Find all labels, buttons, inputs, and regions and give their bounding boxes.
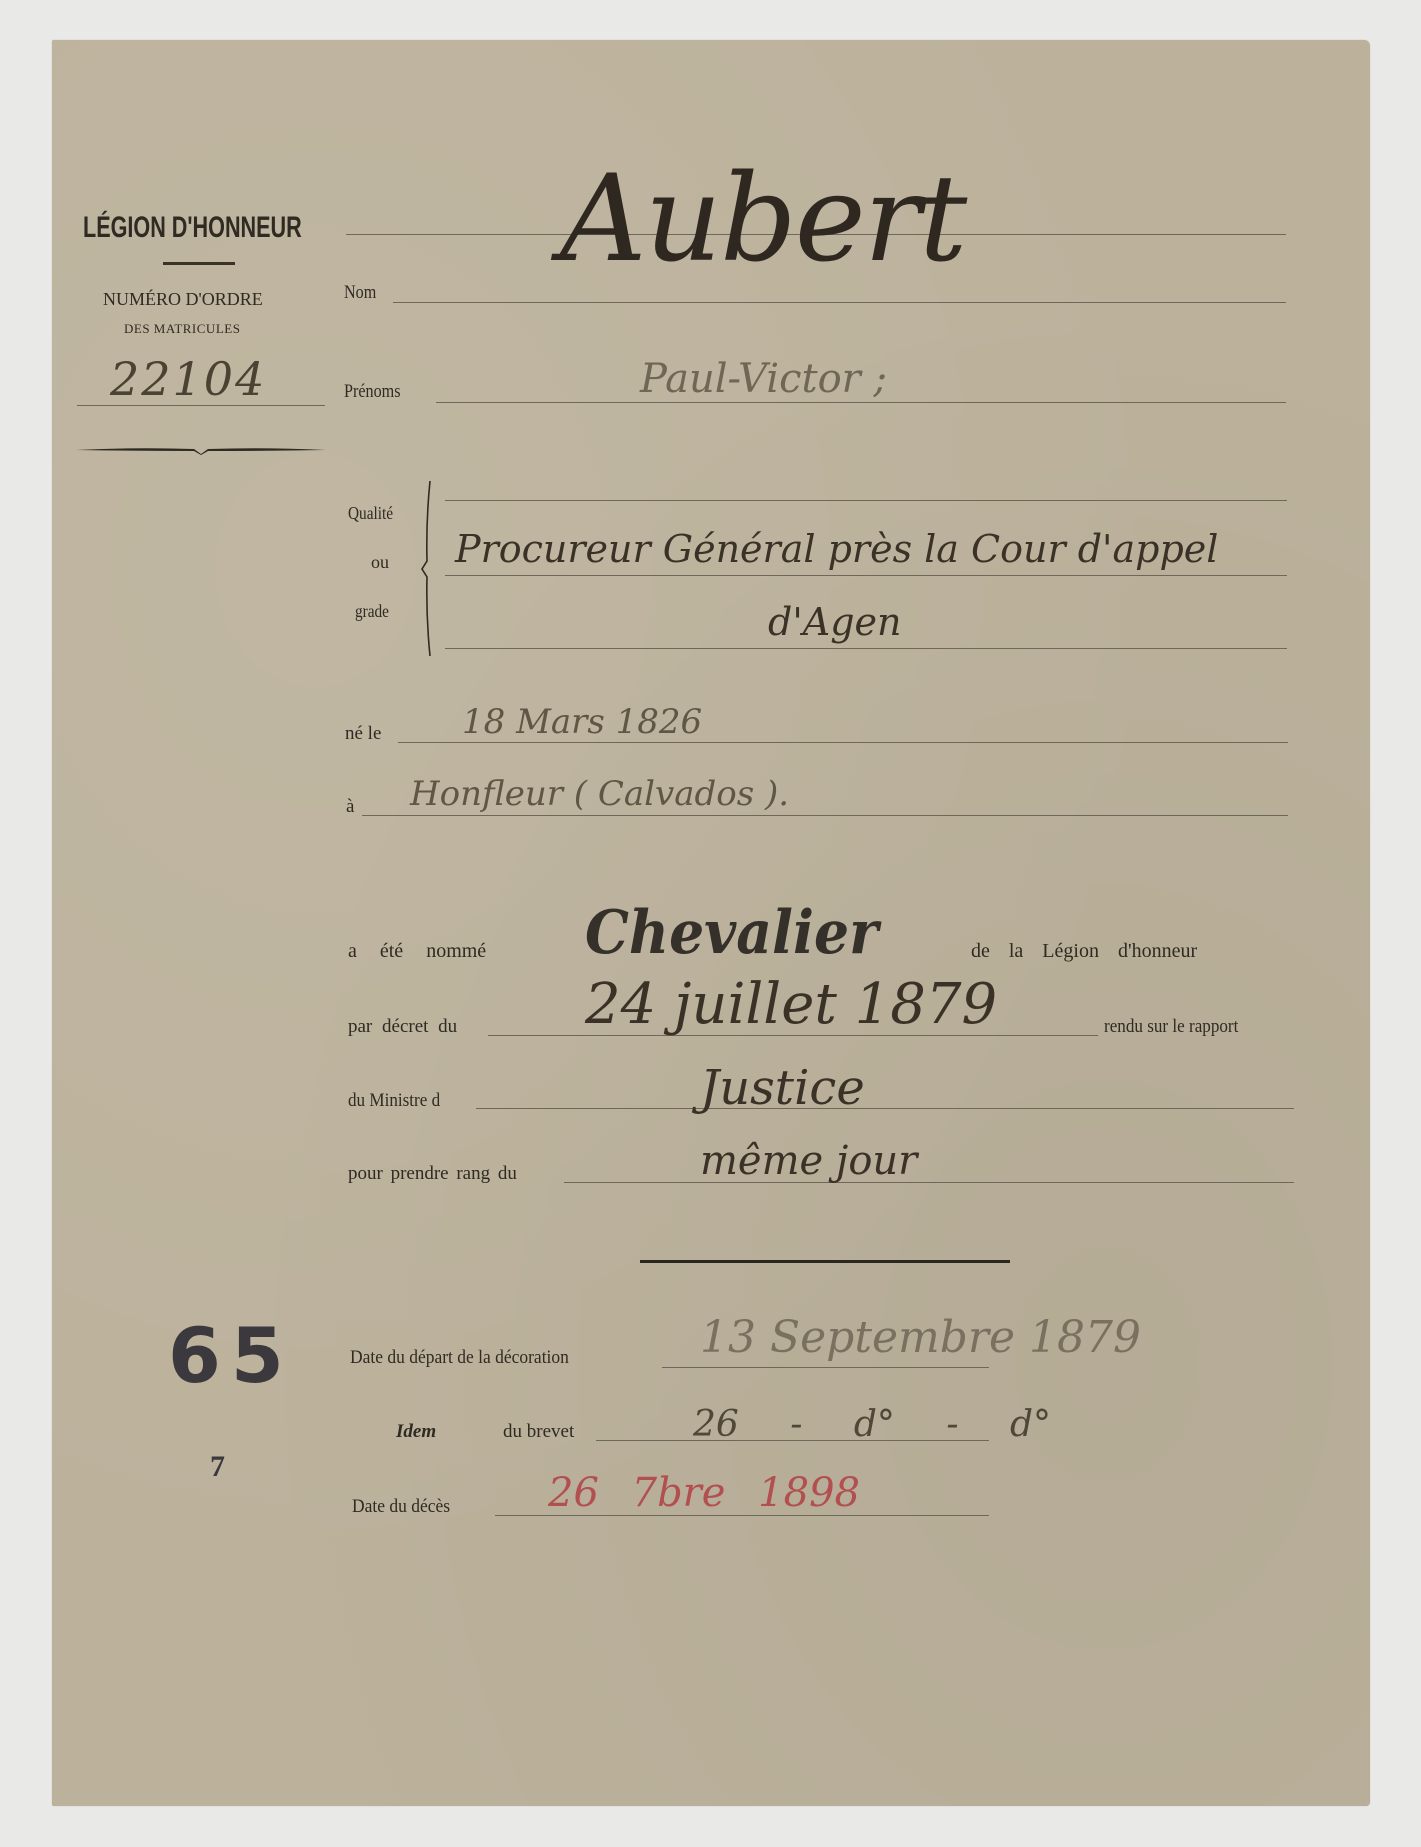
rang-line bbox=[564, 1182, 1294, 1183]
lieu-line bbox=[362, 815, 1288, 816]
depart-label: Date du départ de la décoration bbox=[350, 1347, 569, 1369]
depart-value: 13 Septembre 1879 bbox=[700, 1312, 1141, 1363]
rang-value: même jour bbox=[700, 1138, 917, 1184]
ministre-line bbox=[476, 1108, 1294, 1109]
deces-value: 26 7bre 1898 bbox=[548, 1470, 860, 1516]
qualite-bracket bbox=[420, 481, 436, 656]
nom-label: Nom bbox=[344, 282, 376, 304]
nom-value: Aubert bbox=[560, 150, 965, 289]
prenoms-value: Paul-Victor ; bbox=[640, 356, 887, 402]
header-title: LÉGION D'HONNEUR bbox=[83, 211, 302, 245]
lieu-label: à bbox=[346, 796, 354, 818]
nomination-suffix: de la Légion d'honneur bbox=[971, 940, 1197, 963]
header-title-underline bbox=[163, 262, 235, 265]
qualite-value-1: Procureur Général près la Cour d'appel bbox=[455, 527, 1218, 571]
ministre-value: Justice bbox=[700, 1060, 865, 1116]
qualite-label-2: ou bbox=[371, 552, 389, 573]
qualite-line-1 bbox=[445, 500, 1287, 501]
nom-line bbox=[393, 302, 1286, 303]
prenoms-label: Prénoms bbox=[344, 381, 401, 403]
decret-label: par décret du bbox=[348, 1016, 457, 1038]
header-subtitle-1: NUMÉRO D'ORDRE bbox=[103, 289, 263, 310]
rank-title: Chevalier bbox=[585, 898, 878, 968]
section-divider bbox=[640, 1260, 1010, 1263]
ne-le-line bbox=[398, 742, 1288, 743]
decret-suffix: rendu sur le rapport bbox=[1104, 1016, 1238, 1038]
ornament-divider bbox=[76, 442, 326, 458]
sub-number-stamp: 7 bbox=[210, 1450, 225, 1484]
box-number-stamp: 65 bbox=[168, 1318, 294, 1394]
brevet-value: 26 - d° - d° bbox=[693, 1404, 1051, 1445]
brevet-idem: Idem bbox=[396, 1421, 436, 1443]
matricule-number: 22104 bbox=[110, 352, 266, 406]
lieu-value: Honfleur ( Calvados ). bbox=[410, 774, 789, 814]
qualite-line-2 bbox=[445, 575, 1287, 576]
depart-line bbox=[662, 1367, 989, 1368]
qualite-line-3 bbox=[445, 648, 1287, 649]
qualite-label-3: grade bbox=[355, 601, 389, 622]
matricule-rule bbox=[77, 405, 325, 406]
qualite-label-1: Qualité bbox=[348, 503, 393, 524]
brevet-label: du brevet bbox=[503, 1421, 574, 1443]
header-subtitle-2: DES MATRICULES bbox=[124, 321, 240, 337]
ne-le-label: né le bbox=[345, 723, 381, 745]
decret-value: 24 juillet 1879 bbox=[585, 972, 997, 1037]
ne-le-value: 18 Mars 1826 bbox=[462, 702, 702, 742]
prenoms-line bbox=[436, 402, 1286, 403]
rang-label: pour prendre rang du bbox=[348, 1163, 517, 1185]
nomination-prefix: a été nommé bbox=[348, 940, 486, 963]
ministre-label: du Ministre d bbox=[348, 1090, 440, 1112]
deces-label: Date du décès bbox=[352, 1496, 450, 1518]
qualite-value-2: d'Agen bbox=[768, 600, 902, 644]
